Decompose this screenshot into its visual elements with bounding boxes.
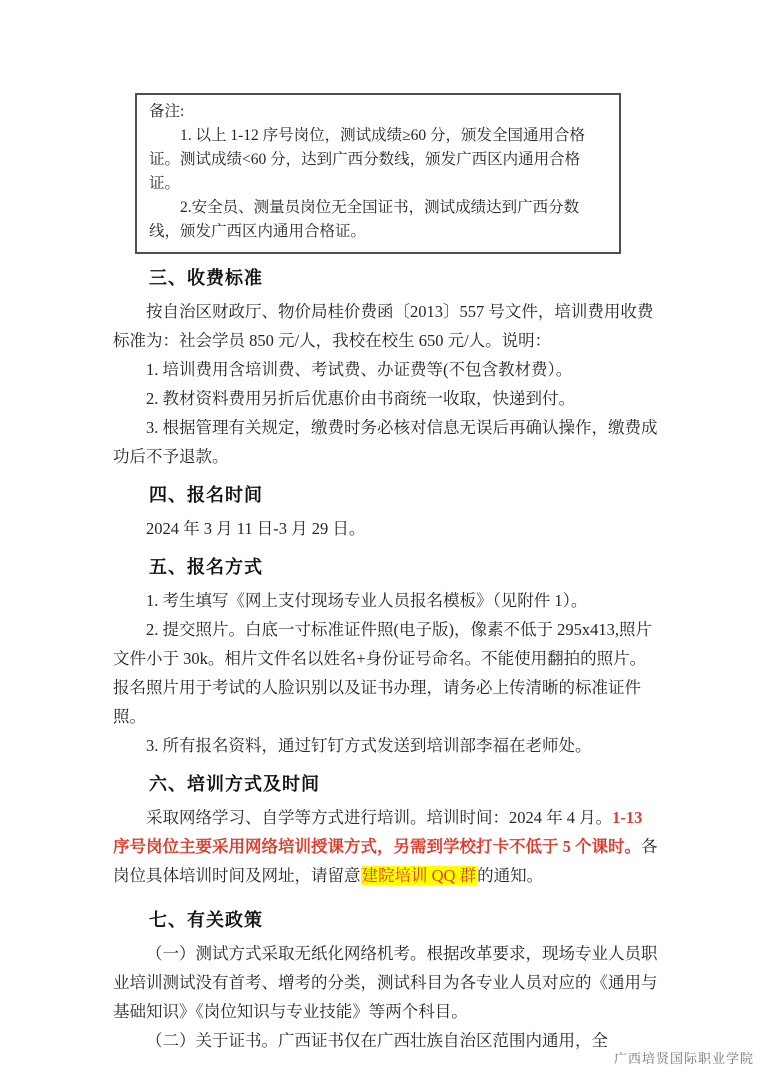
section-time-heading: 四、报名时间 (113, 481, 658, 510)
remarks-item-1: 1. 以上 1-12 序号岗位，测试成绩≥60 分，颁发全国通用合格证。测试成绩… (149, 124, 607, 196)
training-text-qq-group-highlight: 建院培训 QQ 群 (361, 866, 478, 885)
method-item-1: 1. 考生填写《网上支付现场专业人员报名模板》（见附件 1）。 (113, 586, 658, 615)
training-text-normal-3: 的通知。 (477, 866, 543, 885)
fee-intro: 按自治区财政厅、物价局桂价费函〔2013〕557 号文件，培训费用收费标准为：社… (113, 297, 658, 355)
policy-para-2: （二）关于证书。广西证书仅在广西壮族自治区范围内通用，全 (113, 1026, 658, 1055)
policy-para-1: （一）测试方式采取无纸化网络机考。根据改革要求，现场专业人员职业培训测试没有首考… (113, 939, 658, 1026)
remarks-item-2: 2.安全员、测量员岗位无全国证书，测试成绩达到广西分数线，颁发广西区内通用合格证… (149, 196, 607, 244)
section-method-heading: 五、报名方式 (113, 553, 658, 582)
training-text-normal-1: 采取网络学习、自学等方式进行培训。培训时间：2024 年 4 月。 (146, 808, 612, 827)
document-page: 备注: 1. 以上 1-12 序号岗位，测试成绩≥60 分，颁发全国通用合格证。… (0, 0, 764, 1080)
time-body: 2024 年 3 月 11 日-3 月 29 日。 (113, 514, 658, 543)
remarks-box: 备注: 1. 以上 1-12 序号岗位，测试成绩≥60 分，颁发全国通用合格证。… (135, 93, 621, 254)
method-item-3: 3. 所有报名资料，通过钉钉方式发送到培训部李福在老师处。 (113, 731, 658, 760)
method-item-2: 2. 提交照片。白底一寸标准证件照(电子版)，像素不低于 295x413,照片文… (113, 615, 658, 731)
section-policy-heading: 七、有关政策 (113, 906, 658, 935)
remarks-title: 备注: (149, 100, 607, 124)
section-fee-heading: 三、收费标准 (113, 264, 658, 293)
footer-school-name: 广西培贤国际职业学院 (614, 1048, 754, 1067)
document-content: 备注: 1. 以上 1-12 序号岗位，测试成绩≥60 分，颁发全国通用合格证。… (113, 93, 658, 1055)
training-paragraph: 采取网络学习、自学等方式进行培训。培训时间：2024 年 4 月。1-13 序号… (113, 803, 658, 890)
fee-item-3: 3. 根据管理有关规定，缴费时务必核对信息无误后再确认操作，缴费成功后不予退款。 (113, 413, 658, 471)
fee-item-1: 1. 培训费用含培训费、考试费、办证费等(不包含教材费）。 (113, 355, 658, 384)
fee-item-2: 2. 教材资料费用另折后优惠价由书商统一收取，快递到付。 (113, 384, 658, 413)
section-training-heading: 六、培训方式及时间 (113, 770, 658, 799)
